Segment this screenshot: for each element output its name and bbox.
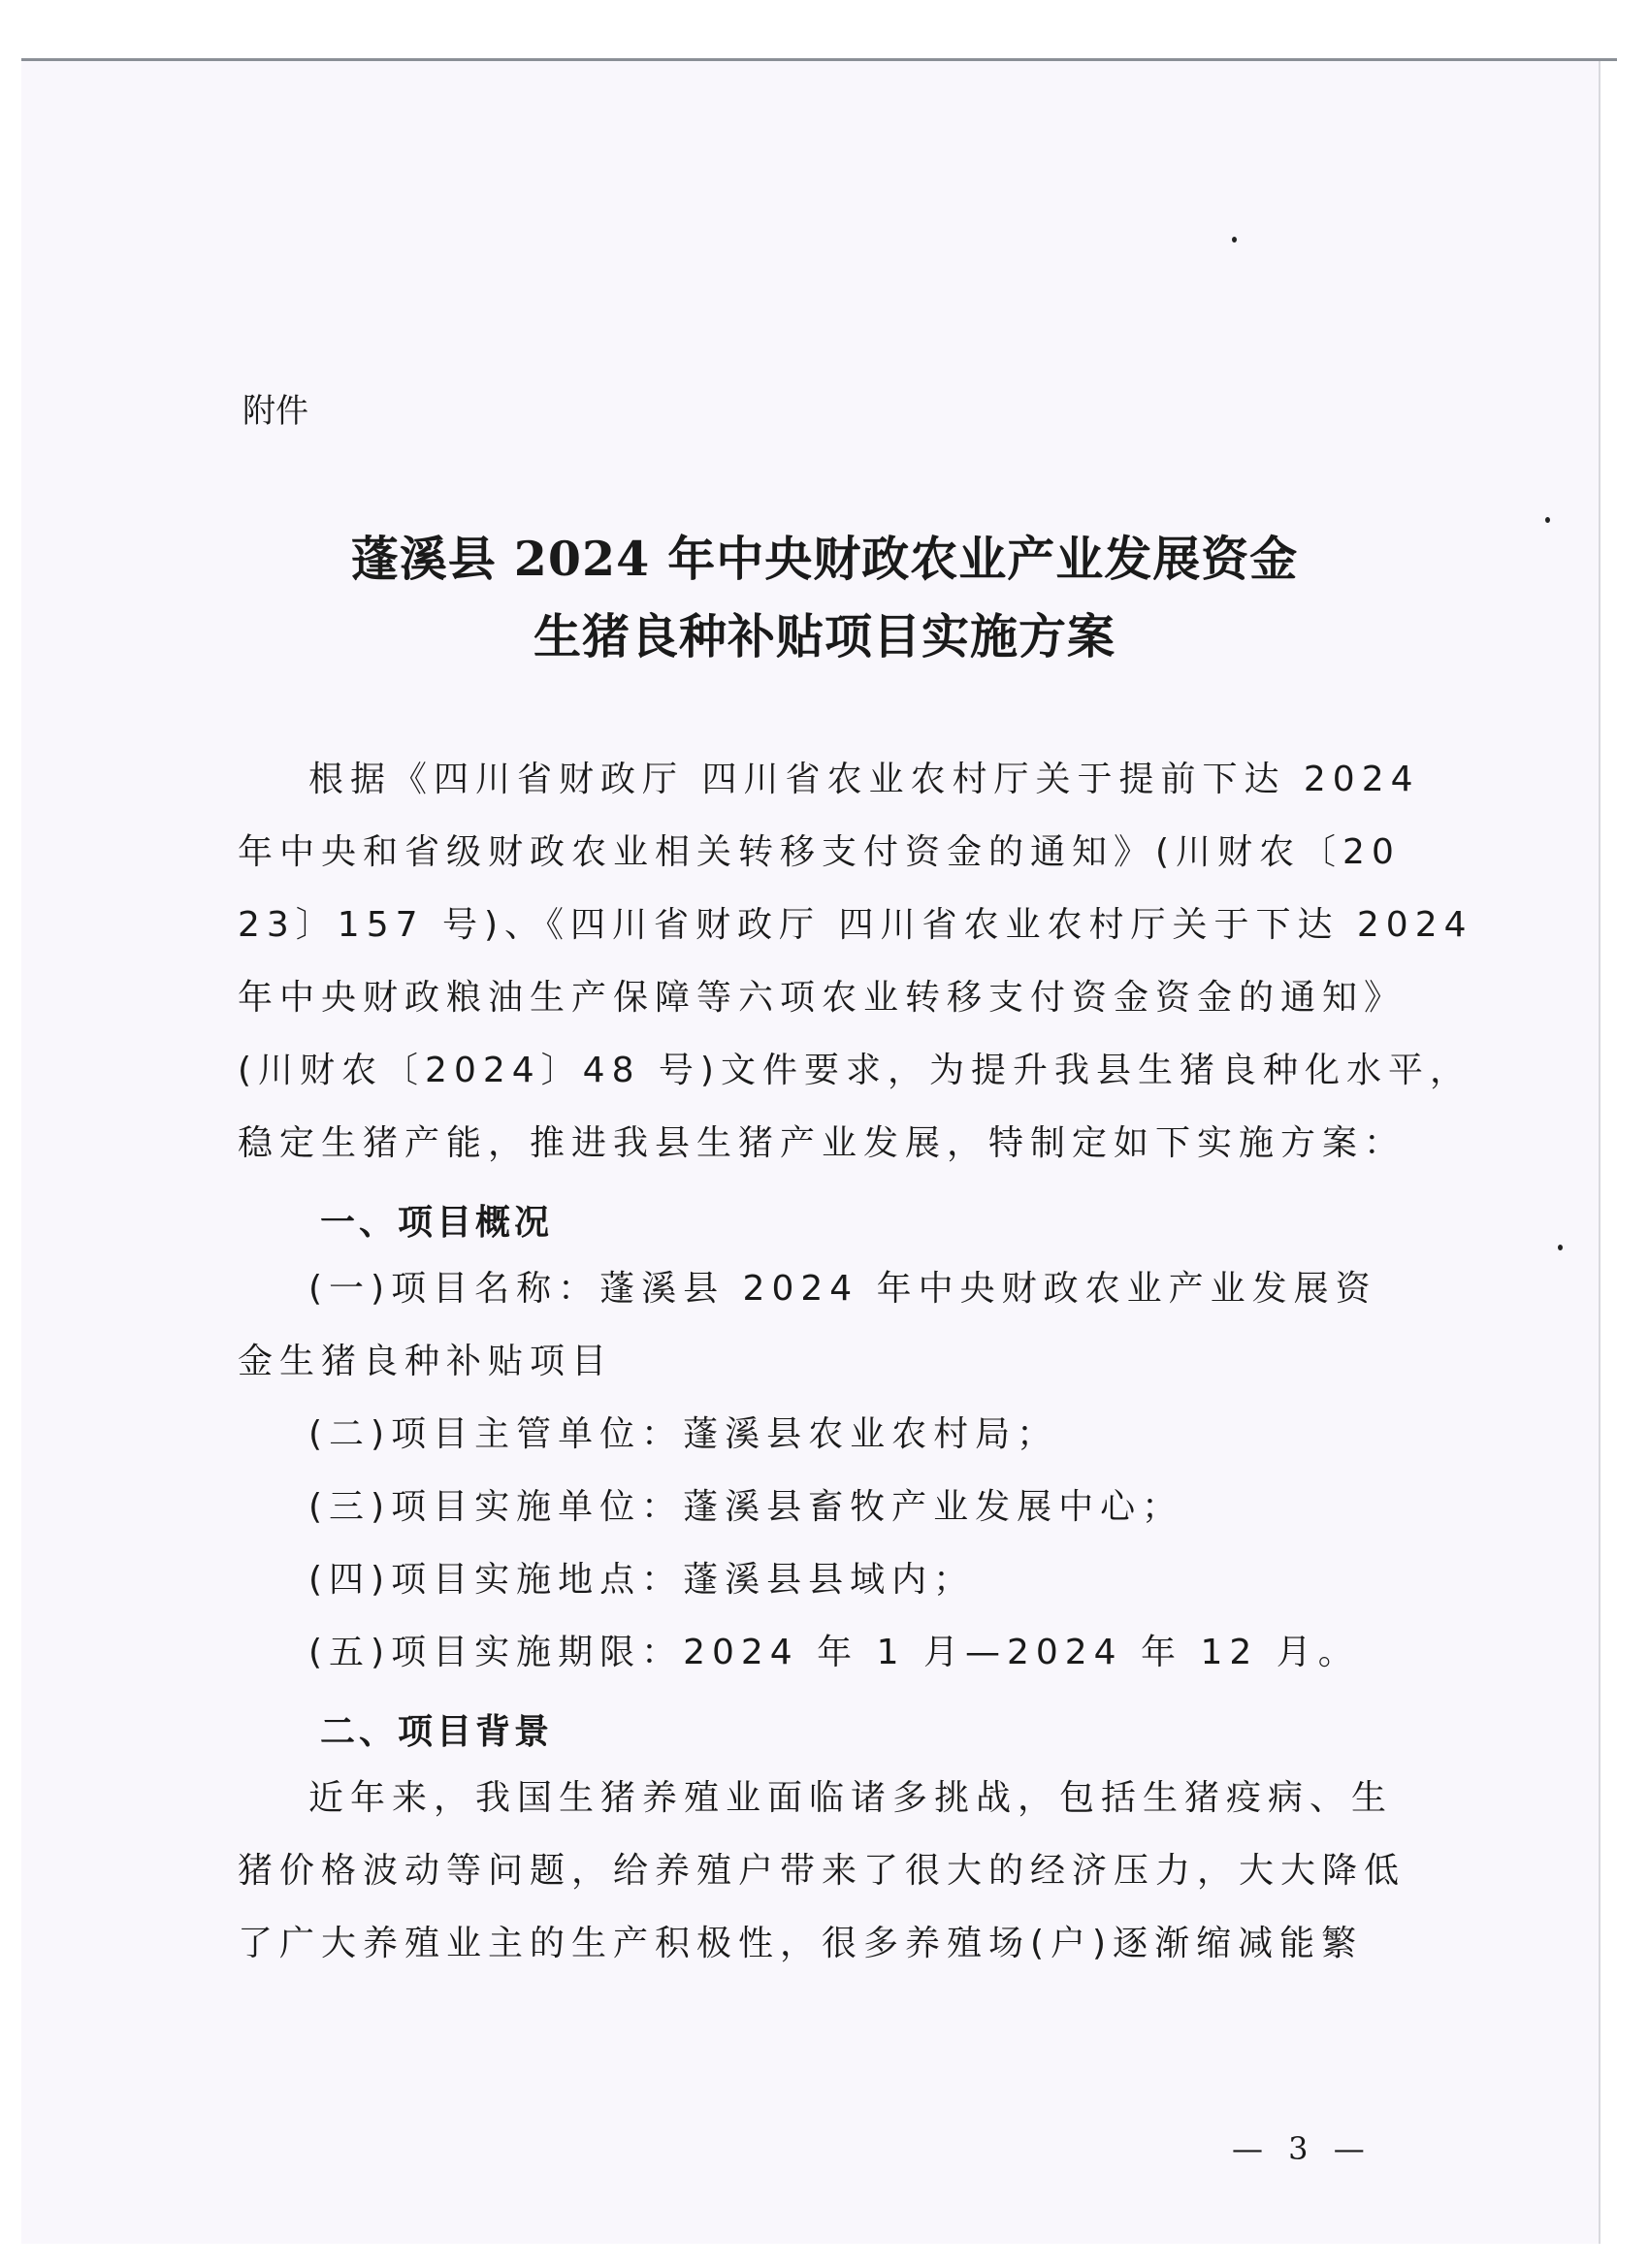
section-heading-overview: 一、项目概况	[320, 1195, 553, 1245]
overview-item: (三)项目实施单位：蓬溪县畜牧产业发展中心；	[308, 1486, 1183, 1529]
background-line: 猪价格波动等问题，给养殖户带来了很大的经济压力，大大降低	[238, 1850, 1406, 1893]
overview-item: (五)项目实施期限：2024 年 1 月—2024 年 12 月。	[308, 1632, 1360, 1674]
intro-line: 23〕157 号)、《四川省财政厅 四川省农业农村厅关于下达 2024	[238, 904, 1473, 947]
scan-speck	[1558, 1245, 1563, 1250]
background-line: 了广大养殖业主的生产积极性，很多养殖场(户)逐渐缩减能繁	[238, 1923, 1363, 1965]
intro-line: 根据《四川省财政厅 四川省农业农村厅关于提前下达 2024	[308, 759, 1420, 801]
attachment-label: 附件	[242, 384, 308, 432]
document-title-line-1: 蓬溪县 2024 年中央财政农业产业发展资金	[0, 522, 1649, 590]
intro-line: 年中央和省级财政农业相关转移支付资金的通知》(川财农〔20	[238, 831, 1401, 874]
overview-item: 金生猪良种补贴项目	[238, 1341, 613, 1383]
overview-item: (二)项目主管单位：蓬溪县农业农村局；	[308, 1413, 1058, 1456]
document-title-line-2: 生猪良种补贴项目实施方案	[0, 599, 1649, 667]
intro-line: 稳定生猪产能，推进我县生猪产业发展，特制定如下实施方案：	[238, 1122, 1406, 1165]
background-line: 近年来，我国生猪养殖业面临诸多挑战，包括生猪疫病、生	[308, 1777, 1393, 1820]
page-number: — 3 —	[1232, 2130, 1373, 2167]
overview-item: (四)项目实施地点：蓬溪县县域内；	[308, 1559, 975, 1602]
overview-item: (一)项目名称：蓬溪县 2024 年中央财政农业产业发展资	[308, 1268, 1377, 1311]
section-heading-background: 二、项目背景	[320, 1704, 553, 1754]
scan-speck	[1232, 237, 1237, 243]
intro-line: 年中央财政粮油生产保障等六项农业转移支付资金资金的通知》	[238, 977, 1406, 1020]
intro-line: (川财农〔2024〕48 号)文件要求，为提升我县生猪良种化水平，	[238, 1050, 1471, 1092]
